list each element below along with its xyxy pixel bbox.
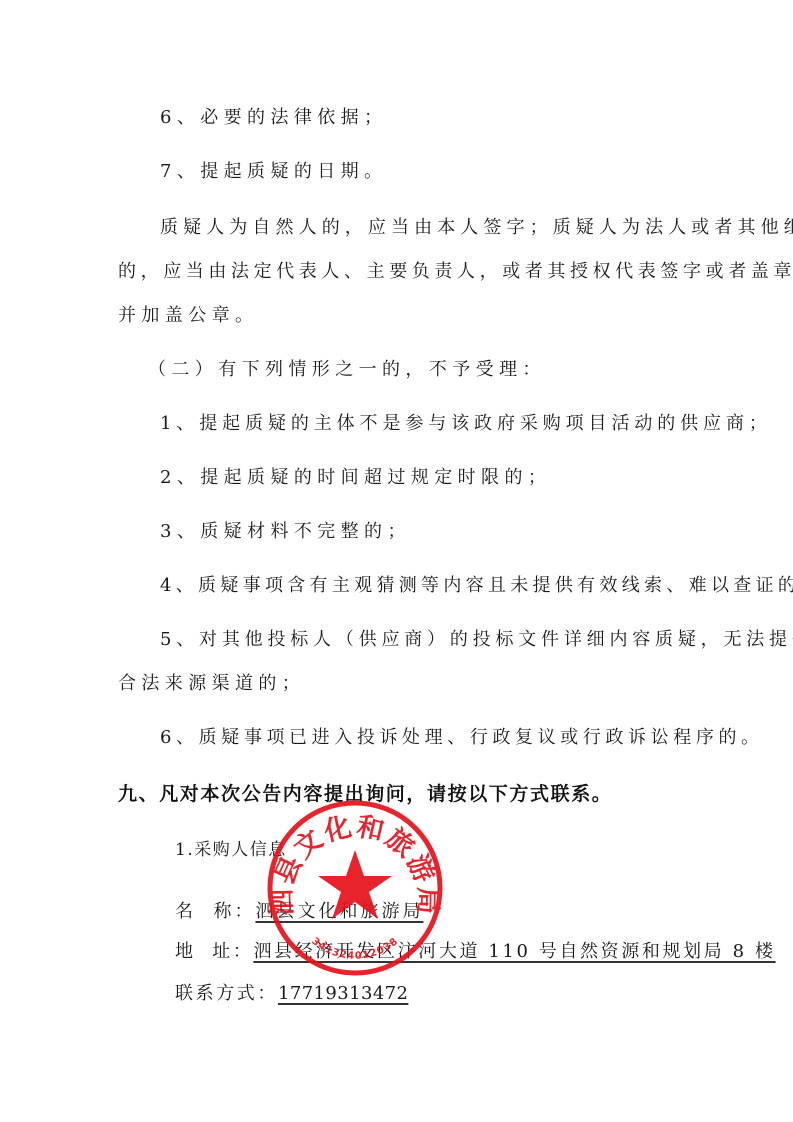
subsection-heading-2: （二）有下列情形之一的，不予受理：: [148, 358, 728, 382]
requirement-item-6: 6、必要的法律依据；: [160, 106, 740, 130]
rejection-item-5-line-2: 合法来源渠道的；: [118, 672, 698, 696]
document-page: 6、必要的法律依据； 7、提起质疑的日期。 质疑人为自然人的，应当由本人签字；质…: [0, 0, 793, 1122]
rejection-item-1: 1、提起质疑的主体不是参与该政府采购项目活动的供应商；: [160, 412, 740, 436]
purchaser-address-value: 泗县经济开发区汴河大道 110 号自然资源和规划局 8 楼: [253, 941, 775, 962]
purchaser-name-label: 名 称：: [175, 901, 255, 922]
purchaser-address-row: 地 址：泗县经济开发区汴河大道 110 号自然资源和规划局 8 楼: [175, 940, 755, 964]
rejection-item-4: 4、质疑事项含有主观猜测等内容且未提供有效线索、难以查证的；: [160, 574, 740, 598]
purchaser-name-value: 泗县文化和旅游局: [255, 901, 423, 922]
purchaser-contact-value: 17719313472: [278, 983, 408, 1004]
signature-paragraph-line-3: 并加盖公章。: [118, 304, 698, 328]
purchaser-info-title: 1.采购人信息: [175, 838, 755, 862]
section-9-heading: 九、凡对本次公告内容提出询问，请按以下方式联系。: [118, 782, 698, 806]
rejection-item-6: 6、质疑事项已进入投诉处理、行政复议或行政诉讼程序的。: [160, 726, 740, 750]
rejection-item-5-line-1: 5、对其他投标人（供应商）的投标文件详细内容质疑，无法提供: [160, 628, 740, 652]
purchaser-contact-row: 联系方式：17719313472: [175, 982, 755, 1006]
rejection-item-2: 2、提起质疑的时间超过规定时限的；: [160, 466, 740, 490]
signature-paragraph-line-2: 的，应当由法定代表人、主要负责人，或者其授权代表签字或者盖章，: [118, 260, 698, 284]
signature-paragraph-line-1: 质疑人为自然人的，应当由本人签字；质疑人为法人或者其他组 织: [160, 216, 740, 240]
purchaser-address-label: 地 址：: [175, 941, 253, 962]
purchaser-contact-label: 联系方式：: [175, 983, 278, 1004]
requirement-item-7: 7、提起质疑的日期。: [160, 160, 740, 184]
rejection-item-3: 3、质疑材料不完整的；: [160, 520, 740, 544]
purchaser-name-row: 名 称：泗县文化和旅游局: [175, 900, 755, 924]
